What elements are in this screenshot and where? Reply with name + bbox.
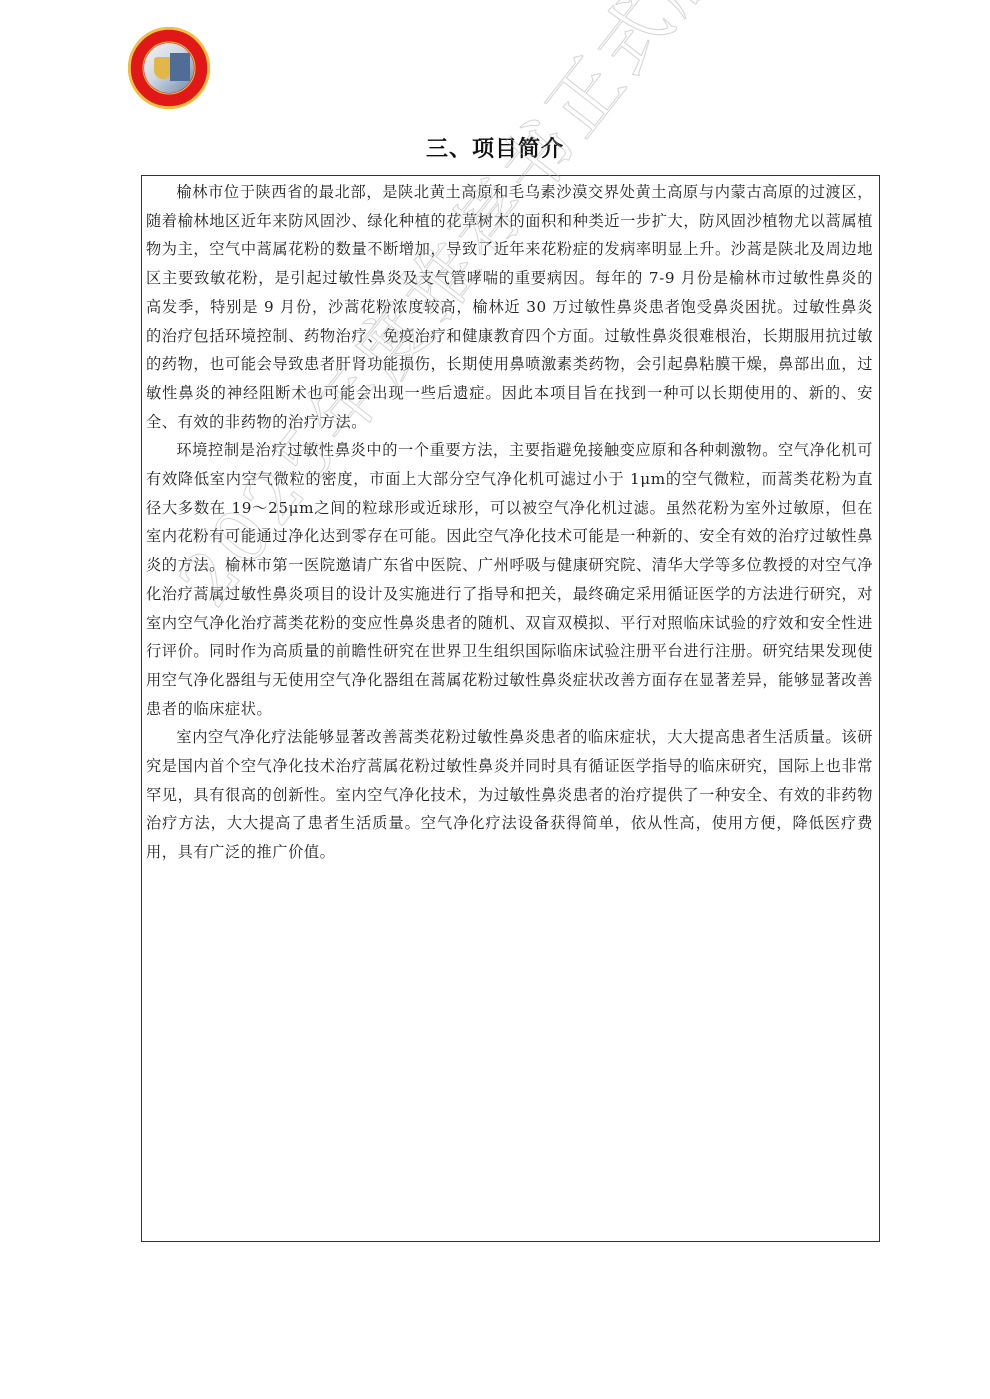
building-icon [170,53,190,81]
project-summary-text: 榆林市位于陕西省的最北部，是陕北黄土高原和毛乌素沙漠交界处黄土高原与内蒙古高原的… [146,178,873,867]
section-title: 三、项目简介 [0,132,990,163]
logo-seal [128,27,210,109]
project-summary-box: 榆林市位于陕西省的最北部，是陕北黄土高原和毛乌素沙漠交界处黄土高原与内蒙古高原的… [141,175,880,1242]
logo-emblem [144,43,194,93]
paragraph: 环境控制是治疗过敏性鼻炎中的一个重要方法，主要指避免接触变应原和各种刺激物。空气… [146,436,873,723]
paragraph: 榆林市位于陕西省的最北部，是陕北黄土高原和毛乌素沙漠交界处黄土高原与内蒙古高原的… [146,178,873,436]
paragraph: 室内空气净化疗法能够显著改善蒿类花粉过敏性鼻炎患者的临床症状，大大提高患者生活质… [146,723,873,867]
